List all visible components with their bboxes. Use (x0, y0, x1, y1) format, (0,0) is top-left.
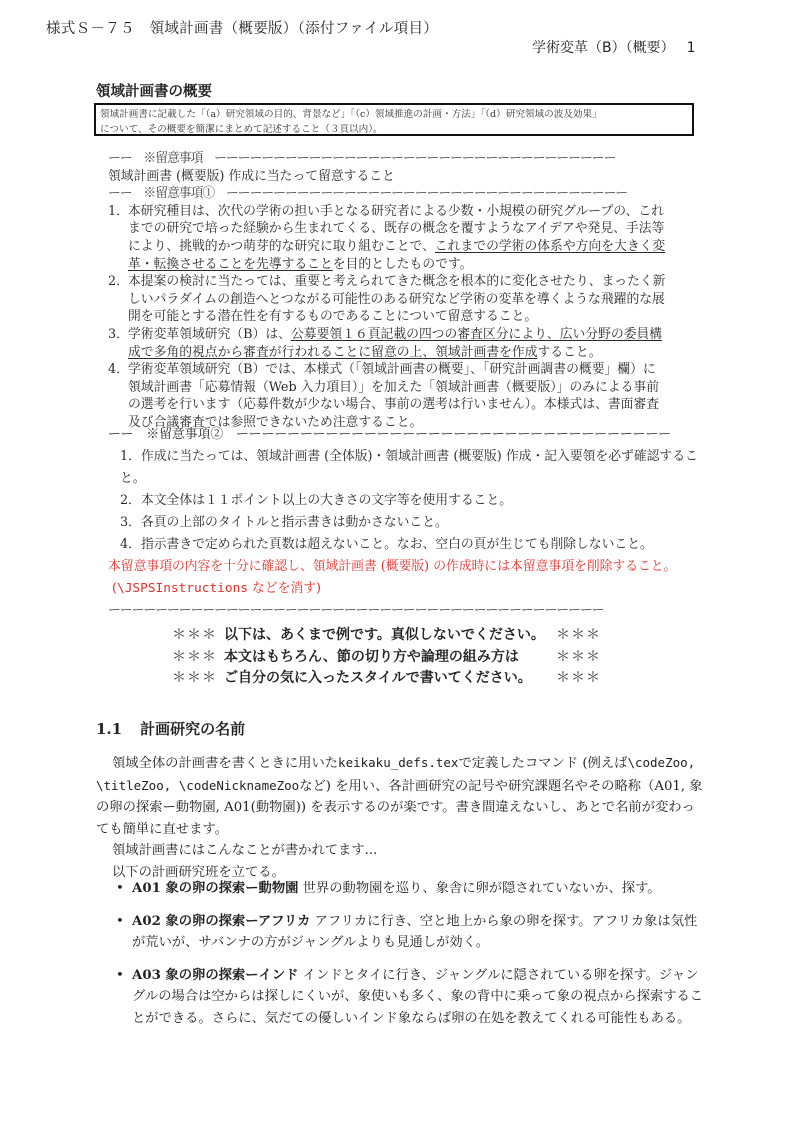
note-text: 指示書きで定められた頁数は超えないこと。なお、空白の頁が生じても削除しないこと。 (141, 537, 653, 552)
notes-subtitle: 領域計画書 (概要版) 作成に当たって留意すること (108, 168, 668, 186)
command-code-zoo: \codeZoo, (627, 755, 695, 770)
note-text: 作成に当たっては、領域計画書 (全体版)・領域計画書 (概要版) 作成・記入要領… (120, 449, 698, 486)
command-title-nickname: \titleZoo, \codeNicknameZoo (96, 778, 299, 793)
section-title: 計画研究の名前 (140, 720, 245, 738)
note-text: 本文全体は１１ポイント以上の大きさの文字等を使用すること。 (141, 493, 512, 508)
note-item-1: 1． 本研究種目は、次代の学術の担い手となる研究者による少数・小規模の研究グルー… (108, 203, 668, 273)
banner-message: ご自分の気に入ったスタイルで書いてください。 (224, 668, 556, 690)
list-item: • A02 象の卵の探索ーアフリカ アフリカに行き、空と地上から象の卵を探す。ア… (96, 911, 706, 954)
note-text: 本研究種目は、次代の学術の担い手となる研究者による少数・小規模の研究グループの、… (128, 203, 668, 273)
warning-delete-notes: 本留意事項の内容を十分に確認し、領域計画書 (概要版) の作成時には本留意事項を… (108, 556, 708, 578)
note-text: 学術変革領域研究（B）では、本様式（「領域計画書の概要」、「研究計画調書の概要」… (128, 361, 668, 431)
form-id: 様式Ｓ－７５ 領域計画書（概要版）（添付ファイル項目） (46, 17, 438, 38)
instruction-box: 領域計画書に記載した「（a）研究領域の目的、背景など」「（c）領域推進の計画・方… (94, 103, 694, 136)
page-number: 1 (687, 40, 696, 56)
stars-right: ＊＊＊ (556, 625, 601, 647)
banner-row-1: ＊＊＊ 以下は、あくまで例です。真似しないでください。 ＊＊＊ (172, 625, 601, 647)
note-text: 学術変革領域研究（B）は、公募要領１６頁記載の四つの審査区分により、広い分野の委… (128, 326, 668, 361)
notes-section-1: ーー ※留意事項 ーーーーーーーーーーーーーーーーーーーーーーーーーーーーーーー… (108, 150, 668, 432)
note-number: 3． (108, 326, 128, 361)
note2-item-4: 4．指示書きで定められた頁数は超えないこと。なお、空白の頁が生じても削除しないこ… (108, 534, 708, 556)
instructions-command: \JSPSInstructions (117, 581, 248, 596)
para-text: 領域全体の計画書を書くときに用いた (112, 756, 338, 771)
note2-item-1: 1．作成に当たっては、領域計画書 (全体版)・領域計画書 (概要版) 作成・記入… (96, 446, 708, 490)
stars-left: ＊＊＊ (172, 668, 224, 690)
section-number: 1.1 (96, 720, 122, 738)
note-number: 1． (120, 449, 141, 464)
stars-right: ＊＊＊ (556, 668, 601, 690)
research-team-list: • A01 象の卵の探索ー動物園 世界の動物園を巡り、象舎に卵が隠されていないか… (96, 878, 706, 1040)
note-number: 3． (120, 515, 141, 530)
team-code: A01 象の卵の探索ー動物園 (132, 881, 298, 896)
note2-item-2: 2．本文全体は１１ポイント以上の大きさの文字等を使用すること。 (108, 490, 708, 512)
stars-right: ＊＊＊ (556, 647, 601, 669)
paragraph-intro: 領域計画書にはこんなことが書かれてます... (96, 840, 706, 862)
banner-message: 以下は、あくまで例です。真似しないでください。 (224, 625, 556, 647)
note-number: 4． (108, 361, 128, 431)
stars-left: ＊＊＊ (172, 647, 224, 669)
warning-tail: などを消す) (248, 581, 321, 596)
banner-row-2: ＊＊＊ 本文はもちろん、節の切り方や論理の組み方は ＊＊＊ (172, 647, 601, 669)
notes-section1-header: ーー ※留意事項① ーーーーーーーーーーーーーーーーーーーーーーーーーーーーーー… (108, 185, 668, 203)
section-body: 領域全体の計画書を書くときに用いたkeikaku_defs.texで定義したコマ… (96, 752, 706, 883)
bullet-icon: • (116, 911, 124, 933)
warning-delete-command: (\JSPSInstructions などを消す) (108, 578, 708, 600)
team-description: 世界の動物園を巡り、象舎に卵が隠されていないか、探す。 (303, 881, 661, 896)
note-text: 本提案の検討に当たっては、重要と考えられてきた概念を根本的に変化させたり、まった… (128, 273, 668, 326)
paragraph-commands: 領域全体の計画書を書くときに用いたkeikaku_defs.texで定義したコマ… (96, 752, 706, 840)
notes-section2-header: ーー ※留意事項② ーーーーーーーーーーーーーーーーーーーーーーーーーーーーーー… (108, 424, 708, 446)
section-heading: 1.1計画研究の名前 (96, 718, 245, 739)
team-code: A03 象の卵の探索ーインド (132, 968, 298, 983)
bullet-icon: • (116, 965, 124, 987)
note-item-3: 3． 学術変革領域研究（B）は、公募要領１６頁記載の四つの審査区分により、広い分… (108, 326, 668, 361)
note-text-part: 学術変革領域研究（B）は、 (128, 327, 291, 342)
notes-section-2: ーー ※留意事項② ーーーーーーーーーーーーーーーーーーーーーーーーーーーーーー… (108, 424, 708, 622)
note-text-part: を目的としたものです。 (333, 257, 473, 272)
note-number: 2． (120, 493, 141, 508)
example-banner: ＊＊＊ 以下は、あくまで例です。真似しないでください。 ＊＊＊ ＊＊＊ 本文はも… (172, 625, 601, 690)
para-text: で定義したコマンド (例えば (458, 756, 627, 771)
list-item: • A03 象の卵の探索ーインド インドとタイに行き、ジャングルに隠されている卵… (96, 965, 706, 1030)
overview-heading: 領域計画書の概要 (96, 80, 212, 101)
bullet-icon: • (116, 878, 124, 900)
team-code: A02 象の卵の探索ーアフリカ (132, 914, 310, 929)
page-tag-label: 学術変革（B）（概要） (532, 40, 675, 56)
note-number: 2． (108, 273, 128, 326)
notes-header-dashes: ーー ※留意事項 ーーーーーーーーーーーーーーーーーーーーーーーーーーーーーーー… (108, 150, 668, 168)
instruction-line-2: について、その概要を簡潔にまとめて記述すること（３頁以内）。 (100, 122, 688, 137)
page-tag: 学術変革（B）（概要）1 (532, 37, 696, 57)
note-text-part: すること。 (538, 345, 602, 360)
list-item: • A01 象の卵の探索ー動物園 世界の動物園を巡り、象舎に卵が隠されていないか… (96, 878, 706, 900)
note2-item-3: 3．各頁の上部のタイトルと指示書きは動かさないこと。 (108, 512, 708, 534)
instruction-line-1: 領域計画書に記載した「（a）研究領域の目的、背景など」「（c）領域推進の計画・方… (100, 107, 688, 122)
defs-filename: keikaku_defs.tex (338, 755, 458, 770)
note-number: 1． (108, 203, 128, 273)
note-item-2: 2． 本提案の検討に当たっては、重要と考えられてきた概念を根本的に変化させたり、… (108, 273, 668, 326)
notes-footer-dashes: ーーーーーーーーーーーーーーーーーーーーーーーーーーーーーーーーーーーーーーーー… (108, 600, 708, 622)
banner-message: 本文はもちろん、節の切り方や論理の組み方は (224, 647, 556, 669)
banner-row-3: ＊＊＊ ご自分の気に入ったスタイルで書いてください。 ＊＊＊ (172, 668, 601, 690)
note-text: 各頁の上部のタイトルと指示書きは動かさないこと。 (141, 515, 448, 530)
note-number: 4． (120, 537, 141, 552)
note-item-4: 4． 学術変革領域研究（B）では、本様式（「領域計画書の概要」、「研究計画調書の… (108, 361, 668, 431)
stars-left: ＊＊＊ (172, 625, 224, 647)
